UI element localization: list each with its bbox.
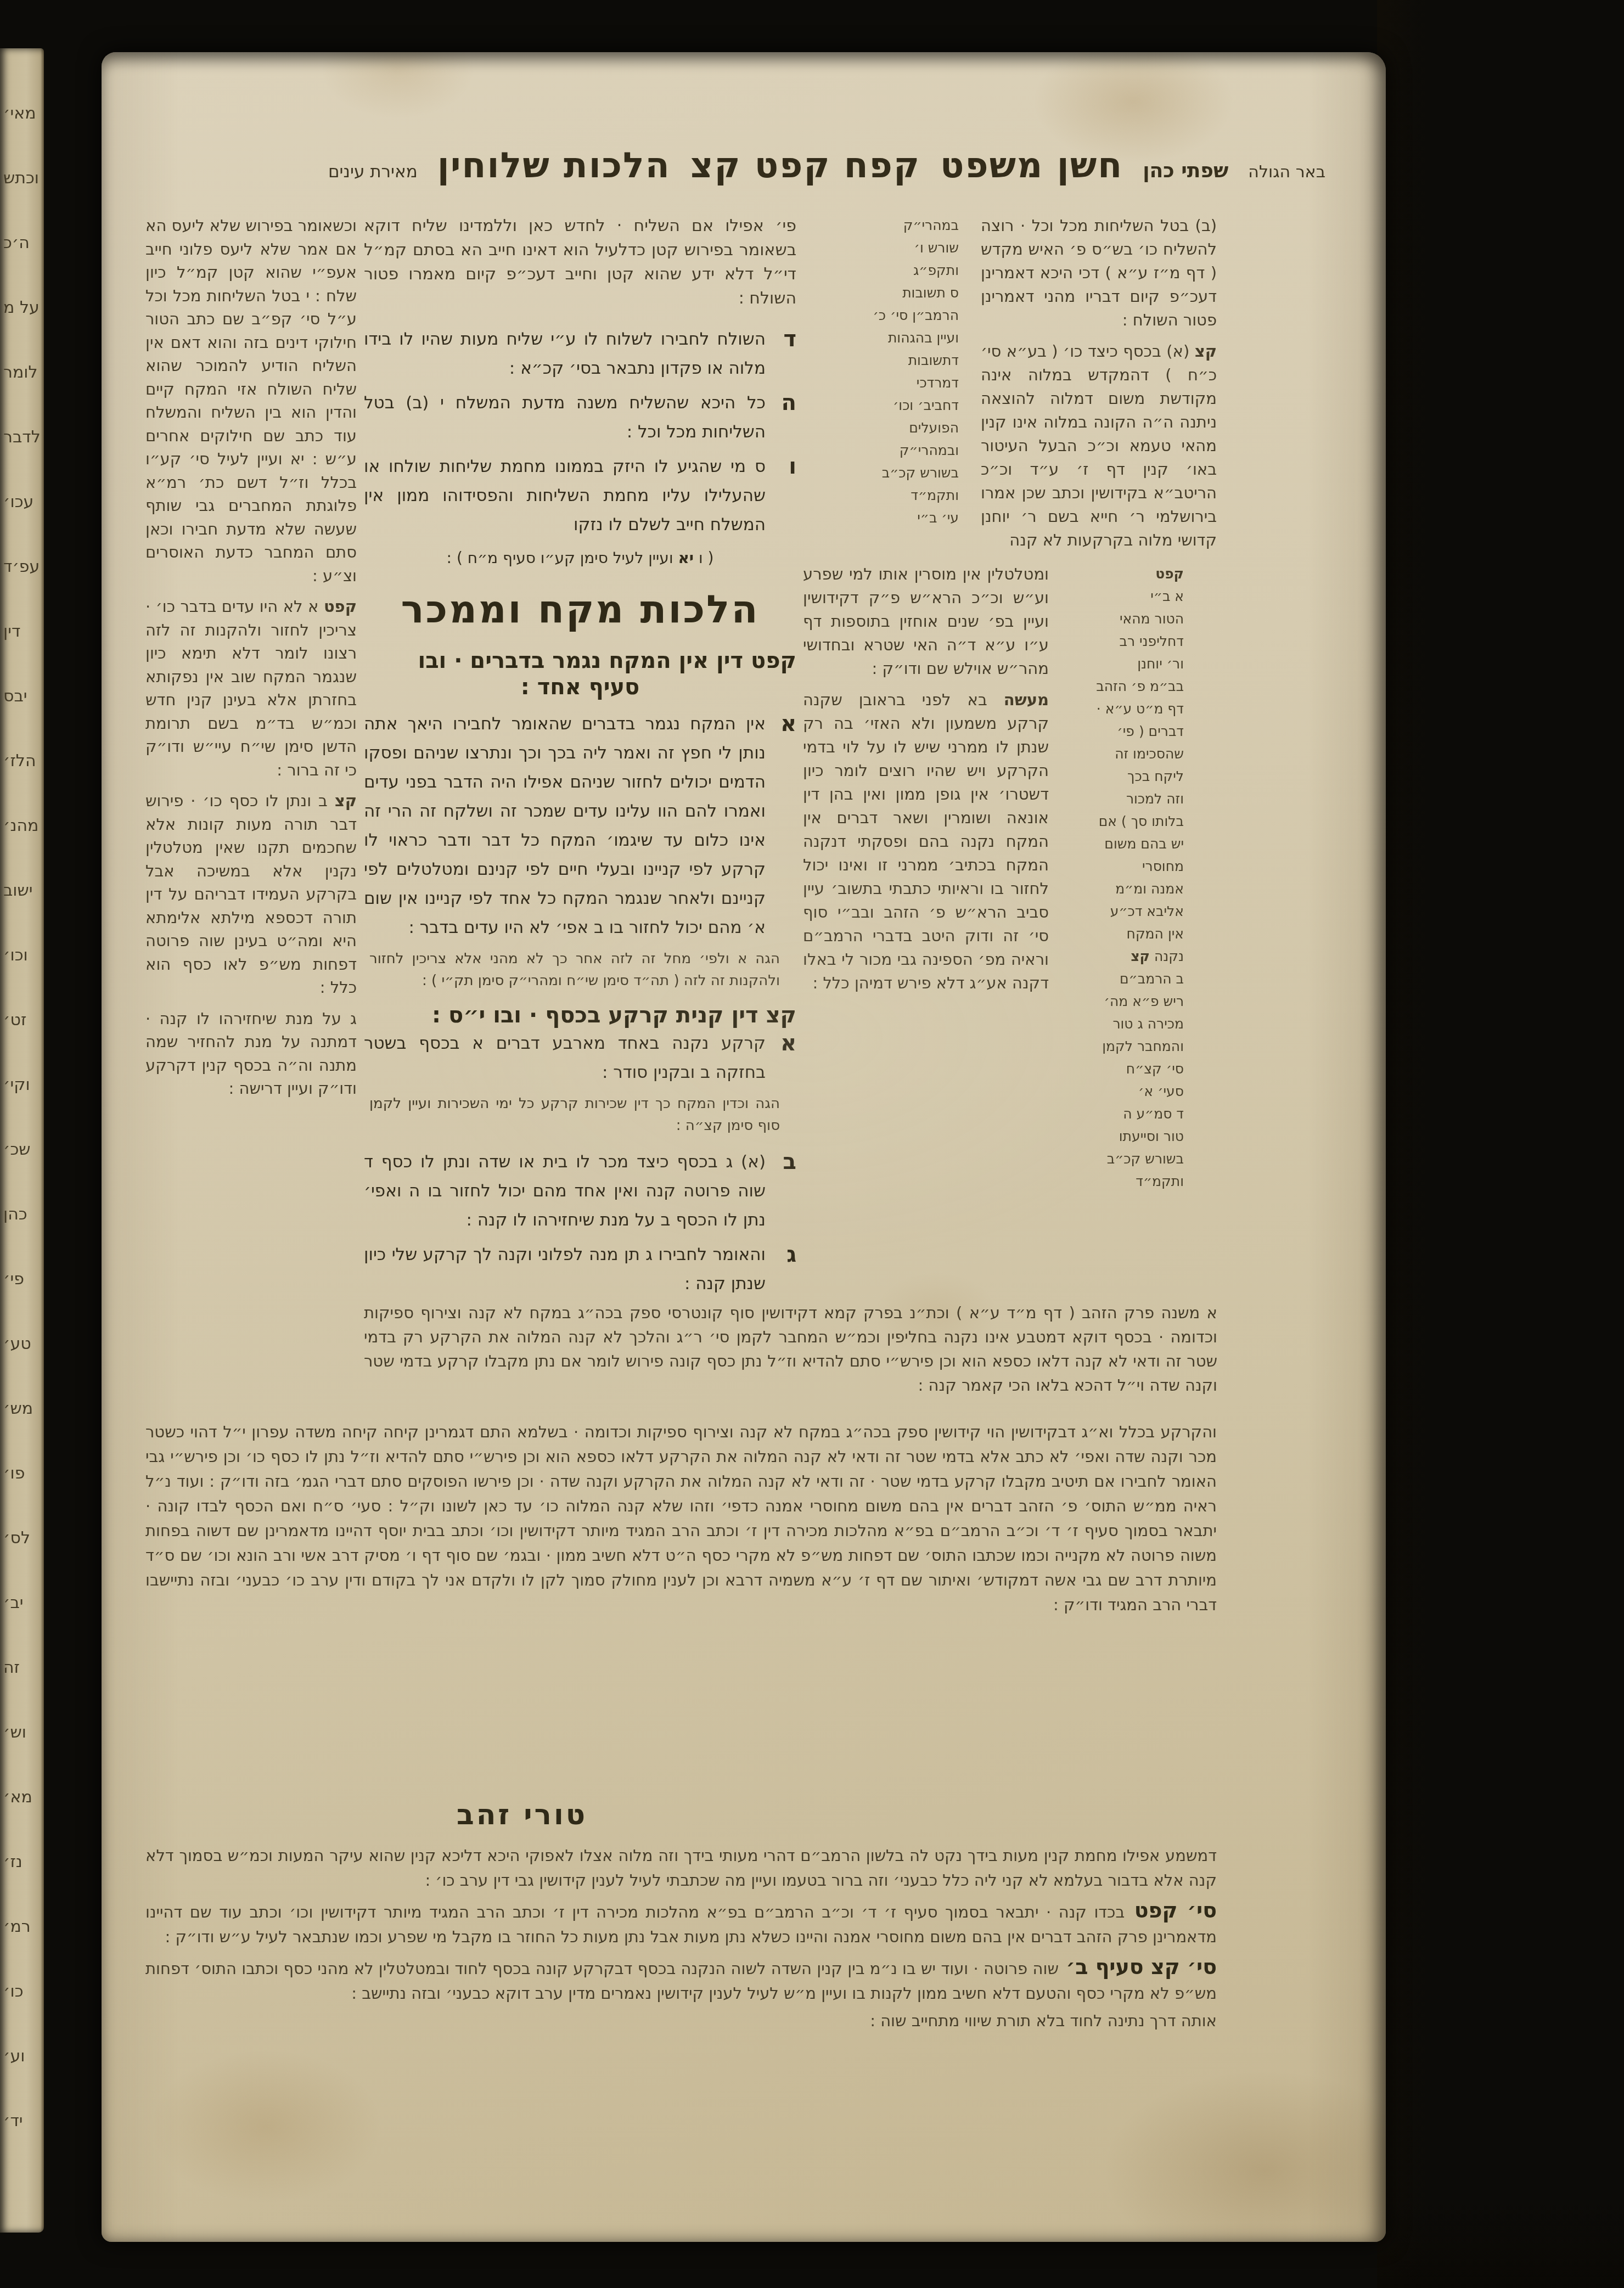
siman-188-reference-line: ( ו יא ועיין לעיל סימן קע״ו סעיף מ״ח ) : [364, 545, 796, 571]
running-header: באר הגולה שפתי כהן חשן משפט קפח קפט קצ ה… [239, 145, 1325, 186]
siman-189-heading: קפט דין אין המקח נגמר בדברים · ובו [364, 648, 796, 673]
turei-zahav-paragraphs: דמשמע אפילו מחמת קנין מעות בידך נקט לה ב… [145, 1843, 1217, 2006]
siman-188-sections: דהשולח לחבירו לשלוח לו ע״י שליח מעות שהי… [364, 325, 796, 539]
header-siman-numbers: קפח קפט קצ [690, 145, 920, 186]
siman-189-text: אאין המקח נגמר בדברים שהאומר לחבירו היאך… [364, 710, 796, 942]
facing-page-sliver: מאי׳וכתשה׳כעל מלומרלדברעכו׳עפ׳דדיןיבסהלז… [0, 48, 44, 2233]
siman-190-seif-1: אקרקע נקנה באחד מארבע דברים א בכסף בשטר … [364, 1029, 796, 1087]
center-text-column: פי׳ אפילו אם השליח · לחדש כאן וללמדינו ש… [364, 214, 796, 1350]
shach-full-width-block: והקרקע בכלל וא״ג דבקידושין הוי קידושין ס… [145, 1420, 1217, 1798]
shach-column-lower: ומטלטלין אין מוסרין אותו למי שפרע וע״ש ו… [803, 563, 1049, 1347]
header-beer-hagolah-label: באר הגולה [1248, 162, 1325, 182]
turei-zahav-section: טורי זהב דמשמע אפילו מחמת קנין מעות בידך… [145, 1798, 1217, 2216]
hilchot-mikach-umimkar-heading: הלכות מקח וממכר [364, 587, 796, 632]
siman-190-heading: קצ דין קנית קרקע בכסף · ובו י״ס : [364, 1003, 796, 1028]
header-title: חשן משפט [940, 145, 1123, 186]
siman-189-rema-gloss: הגה א ולפי׳ מחל זה לזה אחר כך לא מהני אל… [369, 948, 780, 992]
header-shach-label: שפתי כהן [1143, 160, 1228, 182]
beer-hagolah-refs-lower: קפטא ב״יהטור מהאידחליפני רבור׳ יוחנןבב״מ… [1063, 563, 1184, 1347]
siman-190-seif-2-3: ב(א) ג בכסף כיצד מכר לו בית או שדה ונתן … [364, 1148, 796, 1298]
book-scan-canvas: { "header": { "beer_hagolah_label": "באר… [0, 0, 1624, 2288]
siman-189-seif-count: סעיף אחד : [364, 674, 796, 700]
left-commentary-column: וכשאומר בפירוש שלא ליעס הא אם אמר שלא לי… [145, 214, 357, 1443]
shach-wide-block: א משנה פרק הזהב ( דף מ״ד ע״א ) וכת״נ בפר… [364, 1301, 1217, 1413]
upper-right-columns: (ב) בטל השליחות מכל וכל · רוצה להשליח כו… [833, 214, 1217, 557]
beer-hagolah-refs-upper: במהרי״קשורש ו׳ותקפ״גס תשובותהרמב״ן סי׳ כ… [837, 214, 959, 557]
siman-190-rema-gloss: הגה וכדין המקח כך דין שכירות קרקע כל ימי… [369, 1093, 780, 1137]
book-fore-edge [1377, 0, 1624, 2288]
facing-page-text-fragments: מאי׳וכתשה׳כעל מלומרלדברעכו׳עפ׳דדיןיבסהלז… [3, 81, 42, 2154]
turei-zahav-closing-line: אותה דרך נתינה לחוד בלא תורת שיווי מתחיי… [145, 2011, 1217, 2030]
header-sma-label: מאירת עינים [328, 162, 418, 182]
turei-zahav-heading: טורי זהב [145, 1798, 1058, 1831]
lower-right-columns: קפטא ב״יהטור מהאידחליפני רבור׳ יוחנןבב״מ… [800, 563, 1184, 1347]
header-section-title: הלכות שלוחין [437, 145, 671, 186]
center-intro-gloss: פי׳ אפילו אם השליח · לחדש כאן וללמדינו ש… [364, 214, 796, 311]
shach-column-upper: (ב) בטל השליחות מכל וכל · רוצה להשליח כו… [981, 214, 1217, 557]
book-page: באר הגולה שפתי כהן חשן משפט קפח קפט קצ ה… [102, 52, 1386, 2242]
